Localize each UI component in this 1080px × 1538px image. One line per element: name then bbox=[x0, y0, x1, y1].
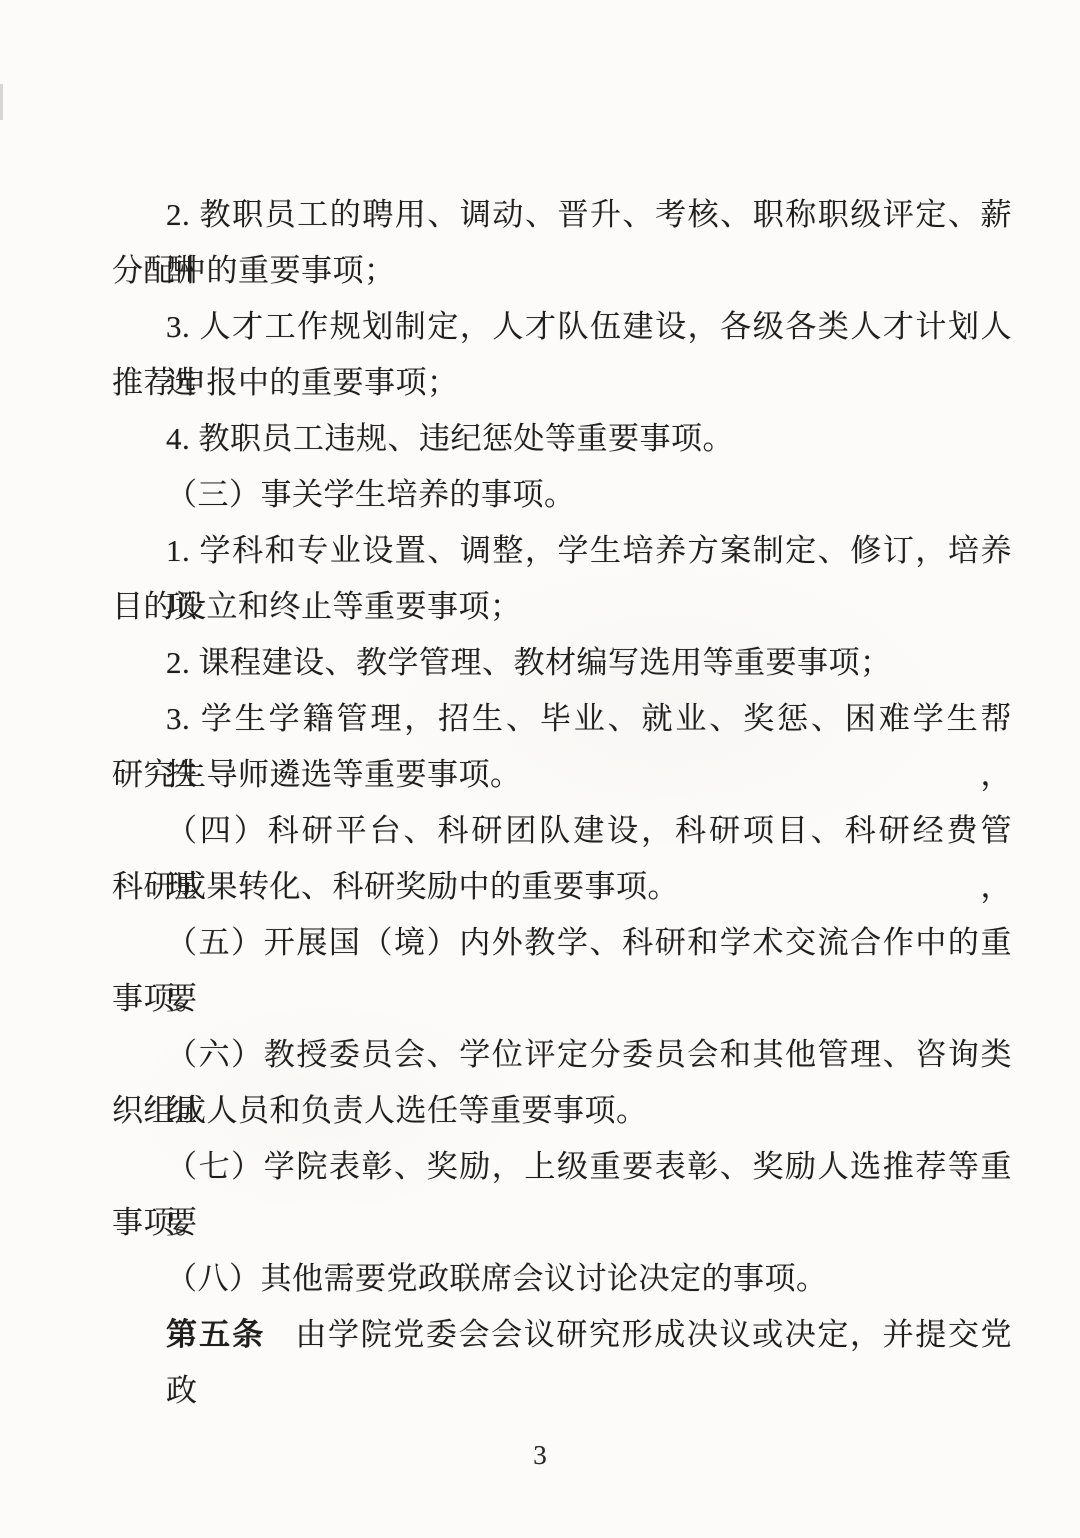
text-line: 3. 学生学籍管理，招生、毕业、就业、奖惩、困难学生帮扶， bbox=[112, 691, 1012, 747]
text-line: 2. 课程建设、教学管理、教材编写选用等重要事项； bbox=[112, 635, 1012, 691]
text-line: 第五条由学院党委会会议研究形成决议或决定，并提交党政 bbox=[112, 1307, 1012, 1363]
text-line: 推荐申报中的重要事项； bbox=[112, 355, 1012, 411]
document-body: 2. 教职员工的聘用、调动、晋升、考核、职称职级评定、薪酬分配中的重要事项；3.… bbox=[112, 187, 1012, 1363]
text-line: 目的设立和终止等重要事项； bbox=[112, 579, 1012, 635]
text-line: 事项。 bbox=[112, 971, 1012, 1027]
text-line: （七）学院表彰、奖励，上级重要表彰、奖励人选推荐等重要 bbox=[112, 1139, 1012, 1195]
article-number: 第五条 bbox=[166, 1317, 265, 1352]
text-line: （五）开展国（境）内外教学、科研和学术交流合作中的重要 bbox=[112, 915, 1012, 971]
text-line: 织组成人员和负责人选任等重要事项。 bbox=[112, 1083, 1012, 1139]
text-line: 1. 学科和专业设置、调整，学生培养方案制定、修订，培养项 bbox=[112, 523, 1012, 579]
page-number: 3 bbox=[0, 1438, 1080, 1472]
text-line: （四）科研平台、科研团队建设，科研项目、科研经费管理， bbox=[112, 803, 1012, 859]
document-page: 2. 教职员工的聘用、调动、晋升、考核、职称职级评定、薪酬分配中的重要事项；3.… bbox=[0, 0, 1080, 1538]
text-line: 2. 教职员工的聘用、调动、晋升、考核、职称职级评定、薪酬 bbox=[112, 187, 1012, 243]
text-line: 3. 人才工作规划制定，人才队伍建设，各级各类人才计划人选 bbox=[112, 299, 1012, 355]
text-line: （三）事关学生培养的事项。 bbox=[112, 467, 1012, 523]
scan-edge-artifact bbox=[0, 84, 3, 120]
text-line: 事项。 bbox=[112, 1195, 1012, 1251]
text-line: （六）教授委员会、学位评定分委员会和其他管理、咨询类组 bbox=[112, 1027, 1012, 1083]
text-line: 4. 教职员工违规、违纪惩处等重要事项。 bbox=[112, 411, 1012, 467]
text-line: （八）其他需要党政联席会议讨论决定的事项。 bbox=[112, 1251, 1012, 1307]
text-line: 分配中的重要事项； bbox=[112, 243, 1012, 299]
